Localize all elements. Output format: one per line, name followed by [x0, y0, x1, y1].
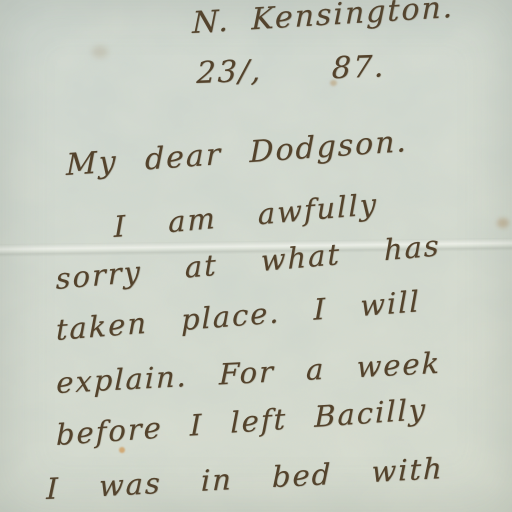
body-line-4: explain. For a week	[56, 346, 441, 400]
foxing-spot	[119, 447, 125, 453]
foxing-spot	[497, 218, 509, 228]
body-line-1: I am awfully	[113, 187, 378, 244]
place-line: N. Kensington.	[192, 0, 454, 41]
letter-page: N. Kensington. 23/, 87. My dear Dodgson.…	[0, 0, 512, 512]
salutation-line: My dear Dodgson.	[66, 124, 408, 183]
body-line-3: taken place. I will	[56, 284, 421, 347]
body-line-6: I was in bed with	[46, 451, 444, 506]
foxing-spot	[92, 46, 108, 58]
date-line: 23/, 87.	[196, 49, 386, 91]
body-line-5: before I left Bacilly	[56, 392, 427, 452]
